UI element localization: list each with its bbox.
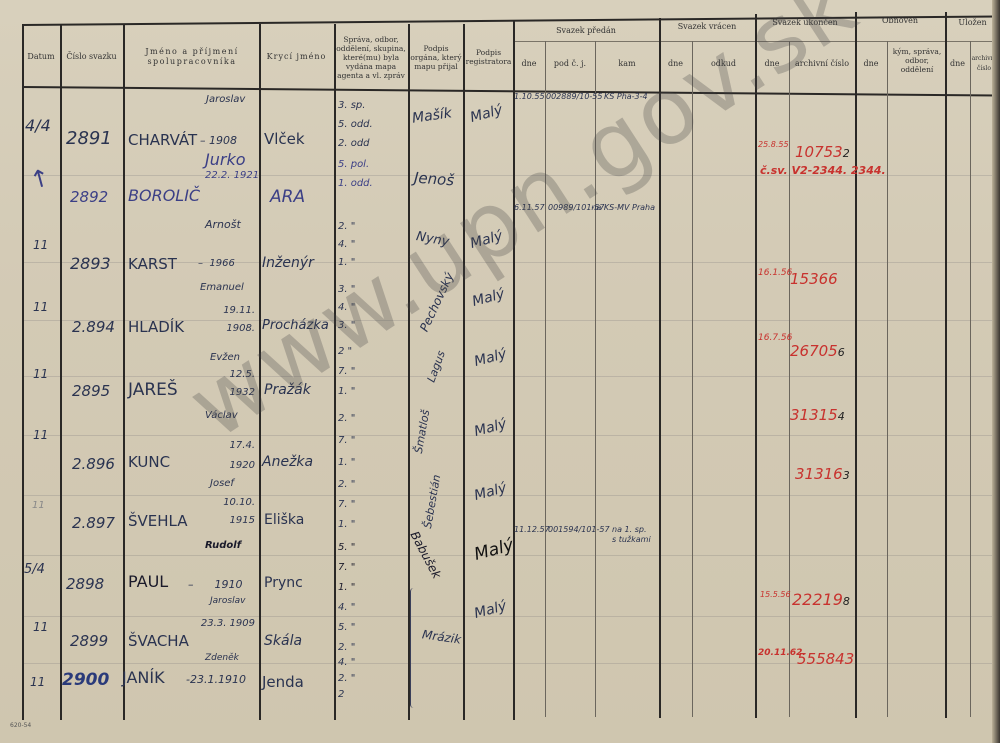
row-surname: CHARVÁT (128, 131, 197, 149)
brace-mark (410, 588, 417, 708)
predan-cj: 001594/101-57 (548, 525, 610, 534)
row-datum: 11 (33, 367, 48, 381)
row-datum: 11 (32, 500, 45, 511)
row-born: 10.10. 1915 (205, 494, 255, 530)
header-kryci-jmeno: Krycí jméno (259, 28, 334, 86)
page-edge (992, 0, 1000, 743)
signature-registrar: Malý (472, 598, 508, 622)
row-kryci: Prync (264, 575, 303, 591)
row-cislo: 2900 (62, 670, 109, 690)
row-kryci: Anežka (262, 454, 313, 470)
row-kryci: Eliška (264, 512, 304, 528)
header-podpis-organa: Podpis orgána, který mapu přijal (409, 28, 463, 86)
predan-dne: 11.12.57 (514, 525, 544, 534)
signature-organ: Jenoš (413, 169, 454, 190)
archivni-cislo: 107532 (795, 143, 850, 161)
row-sprava: 2. " 7. " 1. " (338, 408, 355, 474)
signature-registrar: Malý (472, 535, 516, 565)
row-surname: JANÍK (122, 668, 165, 687)
row-datum: ↑ (27, 163, 54, 195)
row-datum: 11 (33, 620, 48, 634)
row-surname: PAUL (128, 572, 168, 591)
row-sprava: 4. " 5. " 2. " (338, 598, 355, 658)
signature-registrar: Malý (472, 480, 508, 504)
ukoncen-dne: 20.11.62. (758, 648, 786, 658)
archivni-cislo: 222198 (792, 590, 850, 609)
row-datum: 11 (33, 300, 48, 314)
header-obnoven-kym: kým, správa, odbor, oddělení (889, 40, 945, 80)
row-first-name: Josef (210, 478, 234, 489)
signature-organ: Mrázik (421, 627, 462, 646)
row-kryci: Skála (264, 633, 302, 649)
row-first-name: Emanuel (200, 282, 244, 293)
row-kryci: ARA (270, 187, 305, 207)
predan-dne: 1.10.55 (514, 92, 545, 101)
header-predan-cj: pod č. j. (545, 45, 595, 83)
header-podpis-registratora: Podpis registratora (464, 28, 513, 86)
row-surname: KARST (128, 255, 177, 273)
row-first-name: Jaroslav (210, 596, 245, 606)
row-born: 23.3. 1909 (200, 615, 255, 633)
row-surname: ŠVEHLA (128, 512, 188, 530)
row-sprava: 2. " 7. " 1. " (338, 475, 355, 535)
header-sprava: Správa, odbor, oddělení, skupina, které(… (336, 28, 406, 86)
row-surname: KUNC (128, 453, 170, 471)
row-datum: 11 (33, 428, 48, 442)
row-datum: 11 (33, 238, 48, 252)
archivni-note: č.sv. V2-2344. 2344. (760, 164, 886, 177)
signature-registrar: Malý (472, 416, 508, 440)
row-surname: JAREŠ (128, 380, 178, 400)
archivni-cislo: 313154 (790, 406, 845, 424)
row-born: – 1908 (200, 134, 237, 147)
ukoncen-dne: 15.5.56 (760, 590, 784, 599)
row-sprava: 3. sp. 5. odd. 2. odd (338, 96, 373, 153)
row-datum: 11 (30, 675, 45, 689)
row-datum: 5/4 (24, 562, 45, 577)
row-first-name: Arnošt (205, 218, 241, 231)
header-cislo-svazku: Číslo svazku (60, 28, 123, 86)
header-ulozen-dne: dne (945, 45, 970, 83)
row-cislo: 2.894 (72, 318, 115, 336)
row-cislo: 2.896 (72, 455, 115, 473)
ukoncen-dne: 16.7.56 (758, 333, 784, 343)
archivni-cislo: 267056 (790, 342, 845, 360)
signature-registrar: Malý (468, 102, 504, 126)
row-cislo: 2895 (72, 382, 110, 400)
row-born: 22.2. 1921 (205, 170, 259, 181)
header-datum: Datum (22, 28, 60, 86)
footer-form-code: 620-54 (10, 722, 31, 729)
row-first-name: Zdeněk (205, 653, 239, 663)
header-jmeno: Jméno a příjmení spolupracovníka (130, 28, 254, 86)
predan-kam: na 1. sp. s tužkami (612, 525, 652, 545)
ukoncen-dne: 16.1.56 (758, 268, 784, 278)
signature-organ: Šebestián (421, 474, 443, 530)
row-datum: 4/4 (25, 116, 51, 135)
row-kryci: Jenda (262, 673, 304, 691)
archivni-cislo: 15366 (790, 270, 838, 288)
header-predan-dne: dne (513, 45, 545, 83)
header-group-obnoven: Obnoven (855, 12, 945, 30)
archivni-cislo: 313163 (795, 465, 850, 483)
row-cislo: 2891 (66, 128, 112, 149)
ledger-page: Datum Číslo svazku Jméno a příjmení spol… (0, 0, 1000, 743)
row-sprava: 5. " 7. " 1. " (338, 538, 355, 598)
row-cislo: 2898 (66, 575, 104, 593)
row-born: – 1966 (198, 258, 235, 269)
row-cislo: 2893 (70, 254, 111, 273)
row-born: -23.1.1910 (186, 673, 246, 686)
header-obnoven-dne: dne (855, 45, 887, 83)
archivni-cislo: 555843 (797, 650, 854, 668)
row-first-name: Jaroslav (206, 94, 245, 105)
row-sprava: 4. " 2. " 2 (338, 655, 355, 703)
signature-organ: Lagus (425, 349, 448, 384)
ukoncen-dne: 25.8.55 (758, 140, 789, 149)
row-first-name: Rudolf (205, 540, 241, 551)
row-cislo: 2.897 (72, 514, 115, 532)
row-born: – 1910 (188, 578, 242, 591)
signature-organ: Šmatloš (412, 409, 432, 455)
row-surname: HLADÍK (128, 318, 184, 336)
row-cislo: 2892 (70, 188, 108, 206)
header-group-predan: Svazek předán (513, 22, 659, 40)
row-cislo: 2899 (70, 632, 108, 650)
row-first-name: Jurko (205, 150, 246, 169)
signature-registrar: Malý (472, 346, 508, 370)
row-surname: BOROLIČ (128, 186, 200, 205)
row-kryci: Inženýr (262, 255, 314, 271)
signature-organ: Mašík (411, 105, 453, 126)
row-surname: ŠVACHA (128, 632, 189, 650)
row-kryci: Vlček (264, 130, 305, 148)
row-sprava: 5. pol. 1. odd. (338, 155, 373, 193)
